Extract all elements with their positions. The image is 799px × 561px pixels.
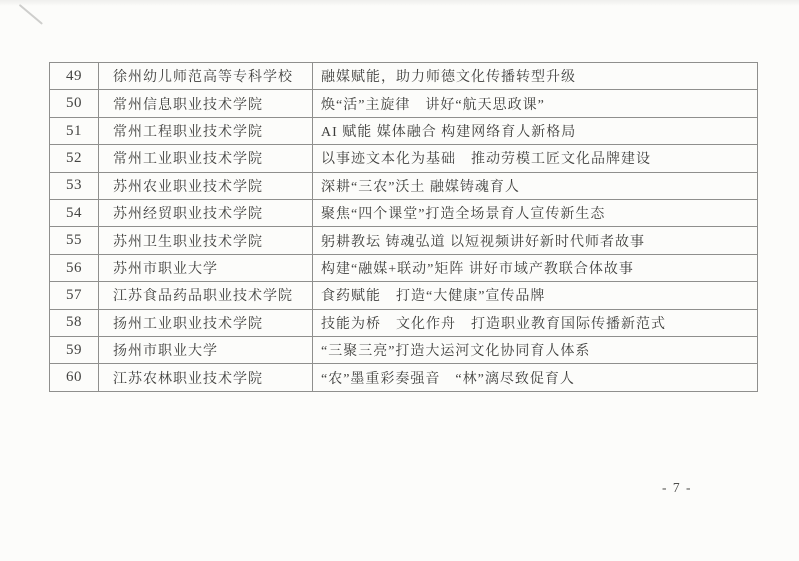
school-name: 徐州幼儿师范高等专科学校 bbox=[99, 63, 313, 90]
theme-text: 技能为桥 文化作舟 打造职业教育国际传播新范式 bbox=[313, 309, 758, 336]
page-number: - 7 - bbox=[662, 480, 692, 496]
school-name: 江苏农林职业技术学院 bbox=[99, 364, 313, 392]
table-row: 58 扬州工业职业技术学院 技能为桥 文化作舟 打造职业教育国际传播新范式 bbox=[50, 309, 758, 336]
theme-text: 深耕“三农”沃土 融媒铸魂育人 bbox=[313, 172, 758, 199]
table-row: 51 常州工程职业技术学院 AI 赋能 媒体融合 构建网络育人新格局 bbox=[50, 117, 758, 144]
scan-edge-shade bbox=[0, 0, 799, 6]
theme-text: 融媒赋能，助力师德文化传播转型升级 bbox=[313, 63, 758, 90]
row-number: 54 bbox=[50, 200, 99, 227]
school-name: 苏州农业职业技术学院 bbox=[99, 172, 313, 199]
scan-artifact bbox=[19, 4, 43, 25]
table-row: 60 江苏农林职业技术学院 “农”墨重彩奏强音 “林”漓尽致促育人 bbox=[50, 364, 758, 392]
table-row: 57 江苏食品药品职业技术学院 食药赋能 打造“大健康”宣传品牌 bbox=[50, 282, 758, 309]
school-name: 苏州经贸职业技术学院 bbox=[99, 200, 313, 227]
row-number: 57 bbox=[50, 282, 99, 309]
row-number: 49 bbox=[50, 63, 99, 90]
school-theme-table: 49 徐州幼儿师范高等专科学校 融媒赋能，助力师德文化传播转型升级 50 常州信… bbox=[49, 62, 758, 392]
theme-text: 食药赋能 打造“大健康”宣传品牌 bbox=[313, 282, 758, 309]
row-number: 52 bbox=[50, 145, 99, 172]
row-number: 58 bbox=[50, 309, 99, 336]
table-row: 52 常州工业职业技术学院 以事迹文本化为基础 推动劳模工匠文化品牌建设 bbox=[50, 145, 758, 172]
scanned-page: 49 徐州幼儿师范高等专科学校 融媒赋能，助力师德文化传播转型升级 50 常州信… bbox=[0, 0, 799, 561]
row-number: 60 bbox=[50, 364, 99, 392]
school-name: 苏州市职业大学 bbox=[99, 254, 313, 281]
table-row: 59 扬州市职业大学 “三聚三亮”打造大运河文化协同育人体系 bbox=[50, 337, 758, 364]
row-number: 59 bbox=[50, 337, 99, 364]
school-name: 扬州市职业大学 bbox=[99, 337, 313, 364]
theme-text: 焕“活”主旋律 讲好“航天思政课” bbox=[313, 90, 758, 117]
school-name: 江苏食品药品职业技术学院 bbox=[99, 282, 313, 309]
theme-text: 聚焦“四个课堂”打造全场景育人宣传新生态 bbox=[313, 200, 758, 227]
table-row: 55 苏州卫生职业技术学院 躬耕教坛 铸魂弘道 以短视频讲好新时代师者故事 bbox=[50, 227, 758, 254]
row-number: 51 bbox=[50, 117, 99, 144]
table-row: 49 徐州幼儿师范高等专科学校 融媒赋能，助力师德文化传播转型升级 bbox=[50, 63, 758, 90]
school-name: 常州工程职业技术学院 bbox=[99, 117, 313, 144]
theme-text: 以事迹文本化为基础 推动劳模工匠文化品牌建设 bbox=[313, 145, 758, 172]
school-name: 扬州工业职业技术学院 bbox=[99, 309, 313, 336]
row-number: 50 bbox=[50, 90, 99, 117]
school-name: 常州信息职业技术学院 bbox=[99, 90, 313, 117]
table-row: 54 苏州经贸职业技术学院 聚焦“四个课堂”打造全场景育人宣传新生态 bbox=[50, 200, 758, 227]
row-number: 56 bbox=[50, 254, 99, 281]
table-row: 53 苏州农业职业技术学院 深耕“三农”沃土 融媒铸魂育人 bbox=[50, 172, 758, 199]
theme-text: “三聚三亮”打造大运河文化协同育人体系 bbox=[313, 337, 758, 364]
theme-text: AI 赋能 媒体融合 构建网络育人新格局 bbox=[313, 117, 758, 144]
row-number: 53 bbox=[50, 172, 99, 199]
school-name: 苏州卫生职业技术学院 bbox=[99, 227, 313, 254]
theme-text: 构建“融媒+联动”矩阵 讲好市域产教联合体故事 bbox=[313, 254, 758, 281]
school-name: 常州工业职业技术学院 bbox=[99, 145, 313, 172]
table-row: 56 苏州市职业大学 构建“融媒+联动”矩阵 讲好市域产教联合体故事 bbox=[50, 254, 758, 281]
table-row: 50 常州信息职业技术学院 焕“活”主旋律 讲好“航天思政课” bbox=[50, 90, 758, 117]
theme-text: “农”墨重彩奏强音 “林”漓尽致促育人 bbox=[313, 364, 758, 392]
theme-text: 躬耕教坛 铸魂弘道 以短视频讲好新时代师者故事 bbox=[313, 227, 758, 254]
row-number: 55 bbox=[50, 227, 99, 254]
